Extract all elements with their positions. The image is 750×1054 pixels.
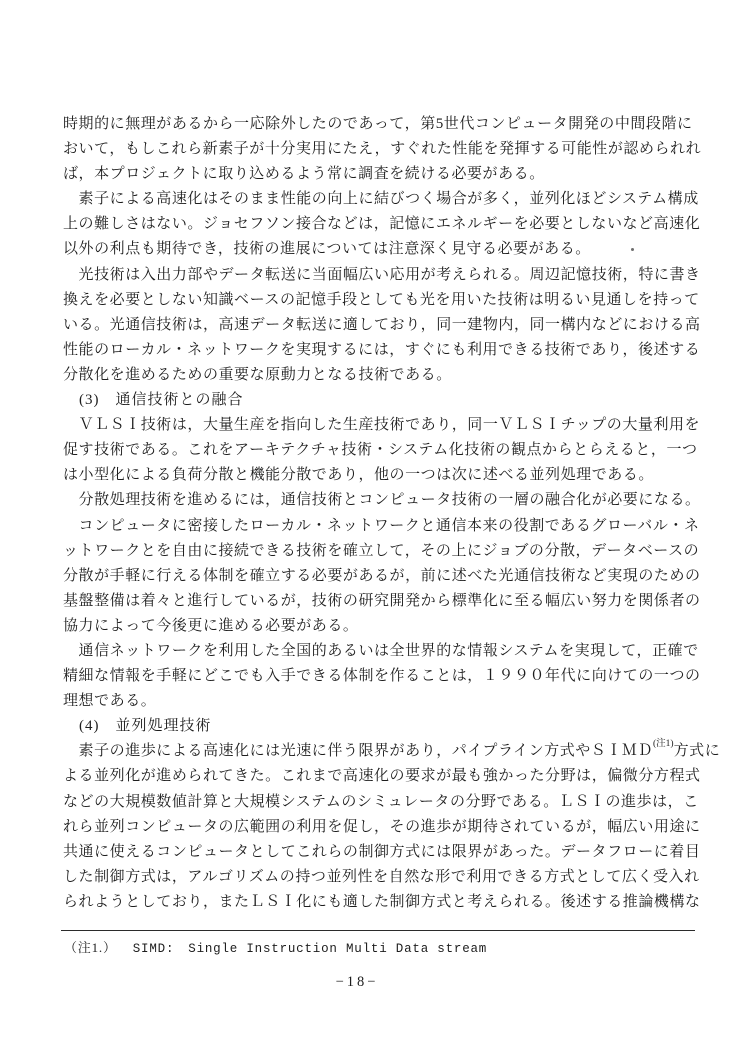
document-page: 時期的に無理があるから一応除外したのであって，第5世代コンピュータ開発の中間段階… — [0, 0, 750, 1054]
document-body: 時期的に無理があるから一応除外したのであって，第5世代コンピュータ開発の中間段階… — [63, 112, 697, 915]
text-line: 素子の進歩による高速化には光速に伴う限界があり，パイプライン方式やＳＩＭＤ(注1… — [63, 739, 697, 764]
text-line: 分散が手軽に行える体制を確立する必要があるが，前に述べた光通信技術など実現のため… — [63, 564, 697, 589]
section-heading: (3) 通信技術との融合 — [63, 388, 697, 413]
text-line: 以外の利点も期待でき，技術の進展については注意深く見守る必要がある。 — [63, 237, 697, 262]
text-line: 光技術は入出力部やデータ転送に当面幅広い応用が考えられる。周辺記憶技術，特に書き — [63, 263, 697, 288]
text-line: ＶＬＳＩ技術は，大量生産を指向した生産技術であり，同一ＶＬＳＩチップの大量利用を — [63, 413, 697, 438]
text-segment: 素子の進歩による高速化には光速に伴う限界があり，パイプライン方式やＳＩＭＤ — [63, 743, 653, 759]
text-line: いる。光通信技術は，高速データ転送に適しており，同一建物内，同一構内などにおける… — [63, 313, 697, 338]
footnote-label: （注1.） — [64, 940, 117, 955]
scan-artifact-dot — [631, 248, 634, 251]
text-line: は小型化による負荷分散と機能分散であり，他の一つは次に述べる並列処理である。 — [63, 463, 697, 488]
text-line: 精細な情報を手軽にどこでも入手できる体制を作ることは，１９９０年代に向けての一つ… — [63, 664, 697, 689]
footnote: （注1.）SIMD:Single Instruction Multi Data … — [64, 939, 487, 958]
text-line: 通信ネットワークを利用した全国的あるいは全世界的な情報システムを実現して，正確で — [63, 639, 697, 664]
footnote-definition: Single Instruction Multi Data stream — [188, 942, 487, 956]
text-line: 素子による高速化はそのまま性能の向上に結びつく場合が多く，並列化ほどシステム構成 — [63, 187, 697, 212]
text-line: 時期的に無理があるから一応除外したのであって，第5世代コンピュータ開発の中間段階… — [63, 112, 697, 137]
text-line: 上の難しさはない。ジョセフソン接合などは，記憶にエネルギーを必要としないなど高速… — [63, 212, 697, 237]
text-line: 分散化を進めるための重要な原動力となる技術である。 — [63, 363, 697, 388]
text-line: などの大規模数値計算と大規模システムのシミュレータの分野である。ＬＳＩの進歩は，… — [63, 790, 697, 815]
text-line: 促す技術である。これをアーキテクチャ技術・システム化技術の観点からとらえると，一… — [63, 438, 697, 463]
footnote-abbr: SIMD: — [133, 942, 175, 956]
text-line: ットワークとを自由に接続できる技術を確立して，その上にジョブの分散，データベース… — [63, 539, 697, 564]
text-line: ば，本プロジェクトに取り込めるよう常に調査を続ける必要がある。 — [63, 162, 697, 187]
text-line: よる並列化が進められてきた。これまで高速化の要求が最も強かった分野は，偏微分方程… — [63, 764, 697, 789]
text-segment: 方式に — [674, 743, 721, 759]
text-line: 協力によって今後更に進める必要がある。 — [63, 614, 697, 639]
text-line: れら並列コンピュータの広範囲の利用を促し，その進歩が期待されているが，幅広い用途… — [63, 815, 697, 840]
text-line: 性能のローカル・ネットワークを実現するには，すぐにも利用できる技術であり，後述す… — [63, 338, 697, 363]
text-line: した制御方式は，アルゴリズムの持つ並列性を自然な形で利用できる方式として広く受入… — [63, 865, 697, 890]
text-line: られようとしており，またＬＳＩ化にも適した制御方式と考えられる。後述する推論機構… — [63, 890, 697, 915]
text-line: 理想である。 — [63, 689, 697, 714]
text-line: 基盤整備は着々と進行しているが，技術の研究開発から標準化に至る幅広い努力を関係者… — [63, 589, 697, 614]
text-line: 共通に使えるコンピュータとしてこれらの制御方式には限界があった。データフローに着… — [63, 840, 697, 865]
footnote-marker: (注1) — [653, 739, 674, 749]
text-line: コンピュータに密接したローカル・ネットワークと通信本来の役割であるグローバル・ネ — [63, 514, 697, 539]
footnote-separator — [61, 930, 695, 931]
text-line: 分散処理技術を進めるには，通信技術とコンピュータ技術の一層の融合化が必要になる。 — [63, 488, 697, 513]
page-number: −18− — [0, 974, 714, 991]
section-heading: (4) 並列処理技術 — [63, 714, 697, 739]
text-line: おいて，もしこれら新素子が十分実用にたえ，すぐれた性能を発揮する可能性が認められ… — [63, 137, 697, 162]
text-line: 換えを必要としない知識ベースの記憶手段としても光を用いた技術は明るい見通しを持っ… — [63, 288, 697, 313]
